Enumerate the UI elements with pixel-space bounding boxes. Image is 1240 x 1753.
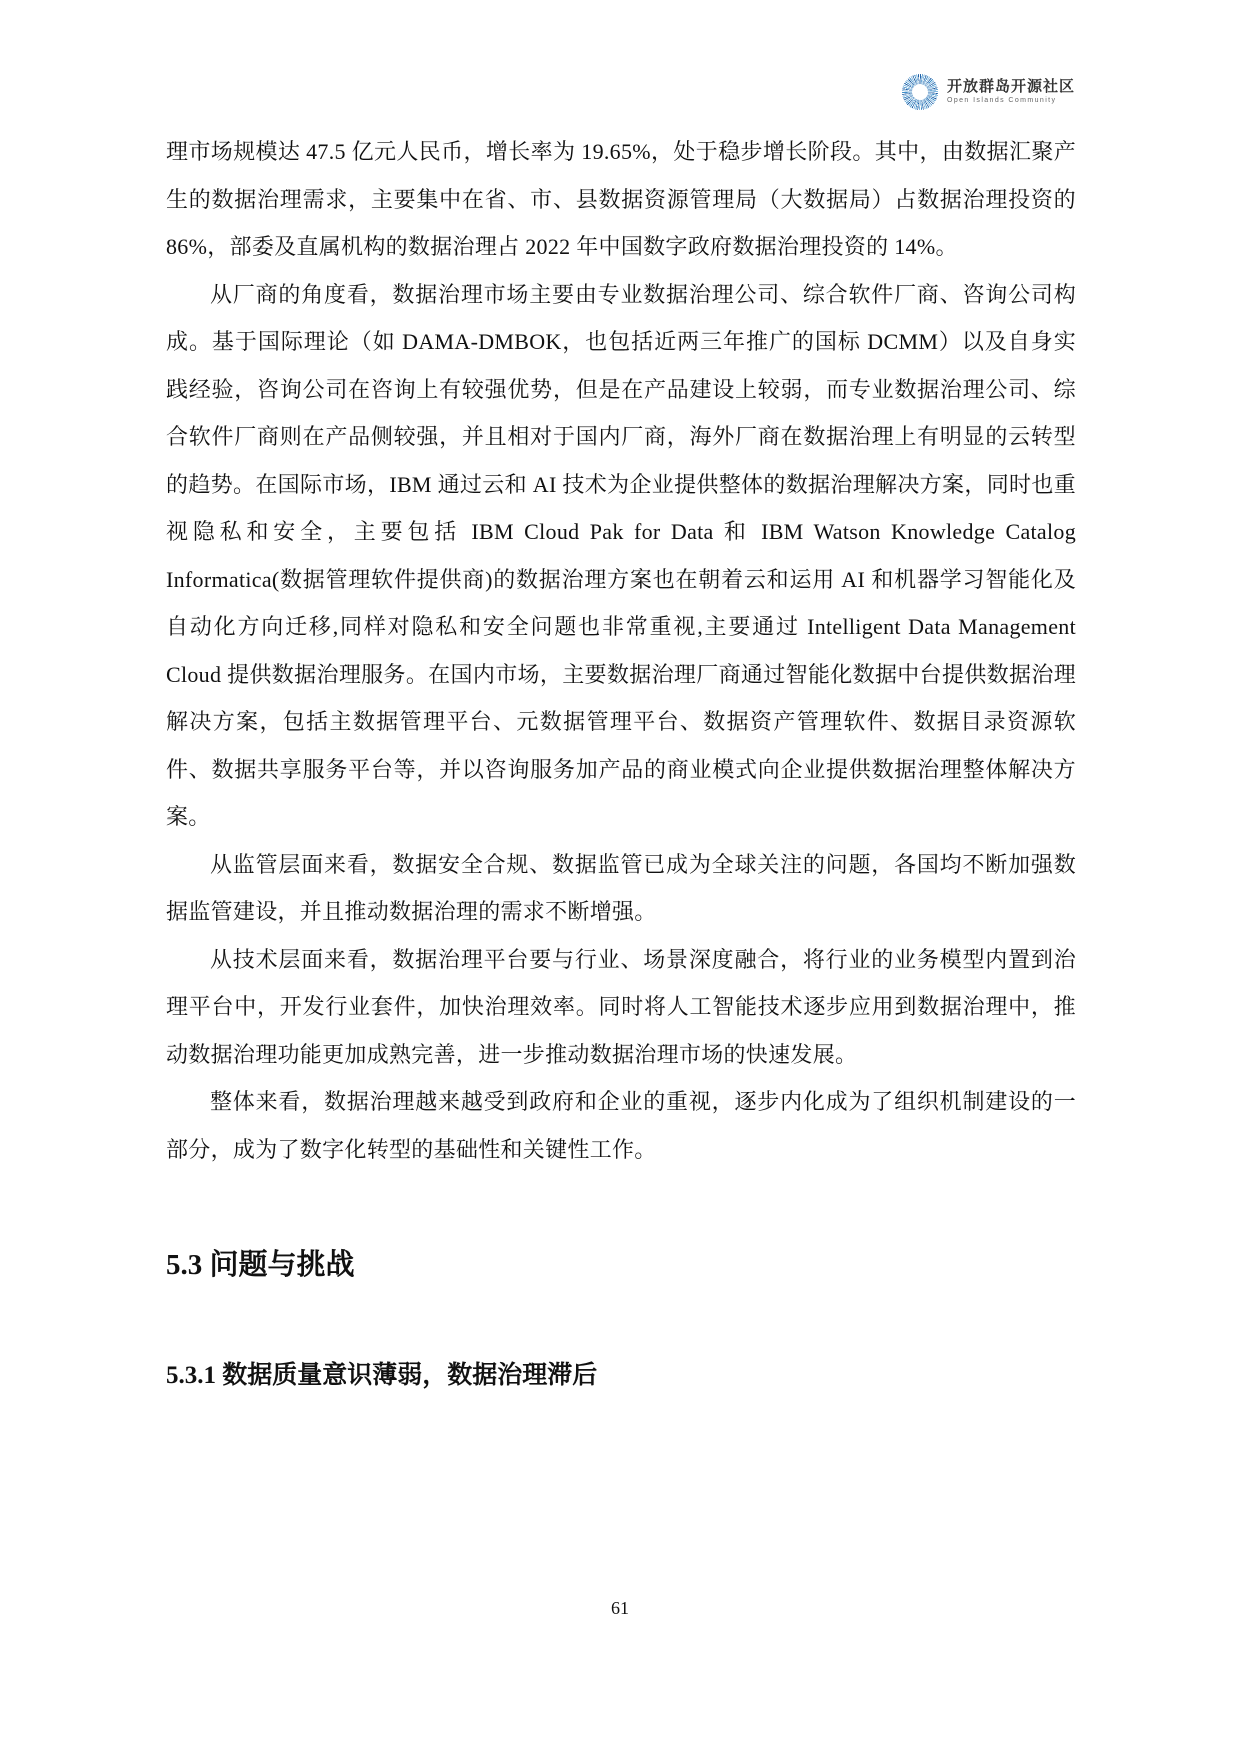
section-number: 5.3 [166,1249,202,1281]
body-paragraph: 从厂商的角度看，数据治理市场主要由专业数据治理公司、综合软件厂商、咨询公司构成。… [166,271,1076,841]
body-paragraph: 从监管层面来看，数据安全合规、数据监管已成为全球关注的问题，各国均不断加强数据监… [166,841,1076,936]
logo-text: 开放群岛开源社区 Open Islands Community [947,79,1075,105]
subsection-title: 数据质量意识薄弱，数据治理滞后 [222,1361,597,1389]
body-paragraph: 整体来看，数据治理越来越受到政府和企业的重视，逐步内化成为了组织机制建设的一部分… [166,1078,1076,1173]
subsection-heading: 5.3.1 数据质量意识薄弱，数据治理滞后 [166,1357,1076,1394]
logo-title-en: Open Islands Community [947,97,1075,105]
body-paragraph: 从技术层面来看，数据治理平台要与行业、场景深度融合，将行业的业务模型内置到治理平… [166,936,1076,1079]
document-page: 开放群岛开源社区 Open Islands Community 理市场规模达 4… [0,0,1240,1753]
header-logo: 开放群岛开源社区 Open Islands Community [902,74,1075,110]
subsection-number: 5.3.1 [166,1362,216,1389]
page-number: 61 [0,1598,1240,1619]
body-paragraph: 理市场规模达 47.5 亿元人民币，增长率为 19.65%，处于稳步增长阶段。其… [166,128,1076,271]
section-heading: 5.3 问题与挑战 [166,1245,1076,1285]
page-content: 理市场规模达 47.5 亿元人民币，增长率为 19.65%，处于稳步增长阶段。其… [166,128,1076,1394]
section-title: 问题与挑战 [210,1249,355,1281]
sunburst-icon [902,74,938,110]
logo-title-zh: 开放群岛开源社区 [947,79,1075,96]
